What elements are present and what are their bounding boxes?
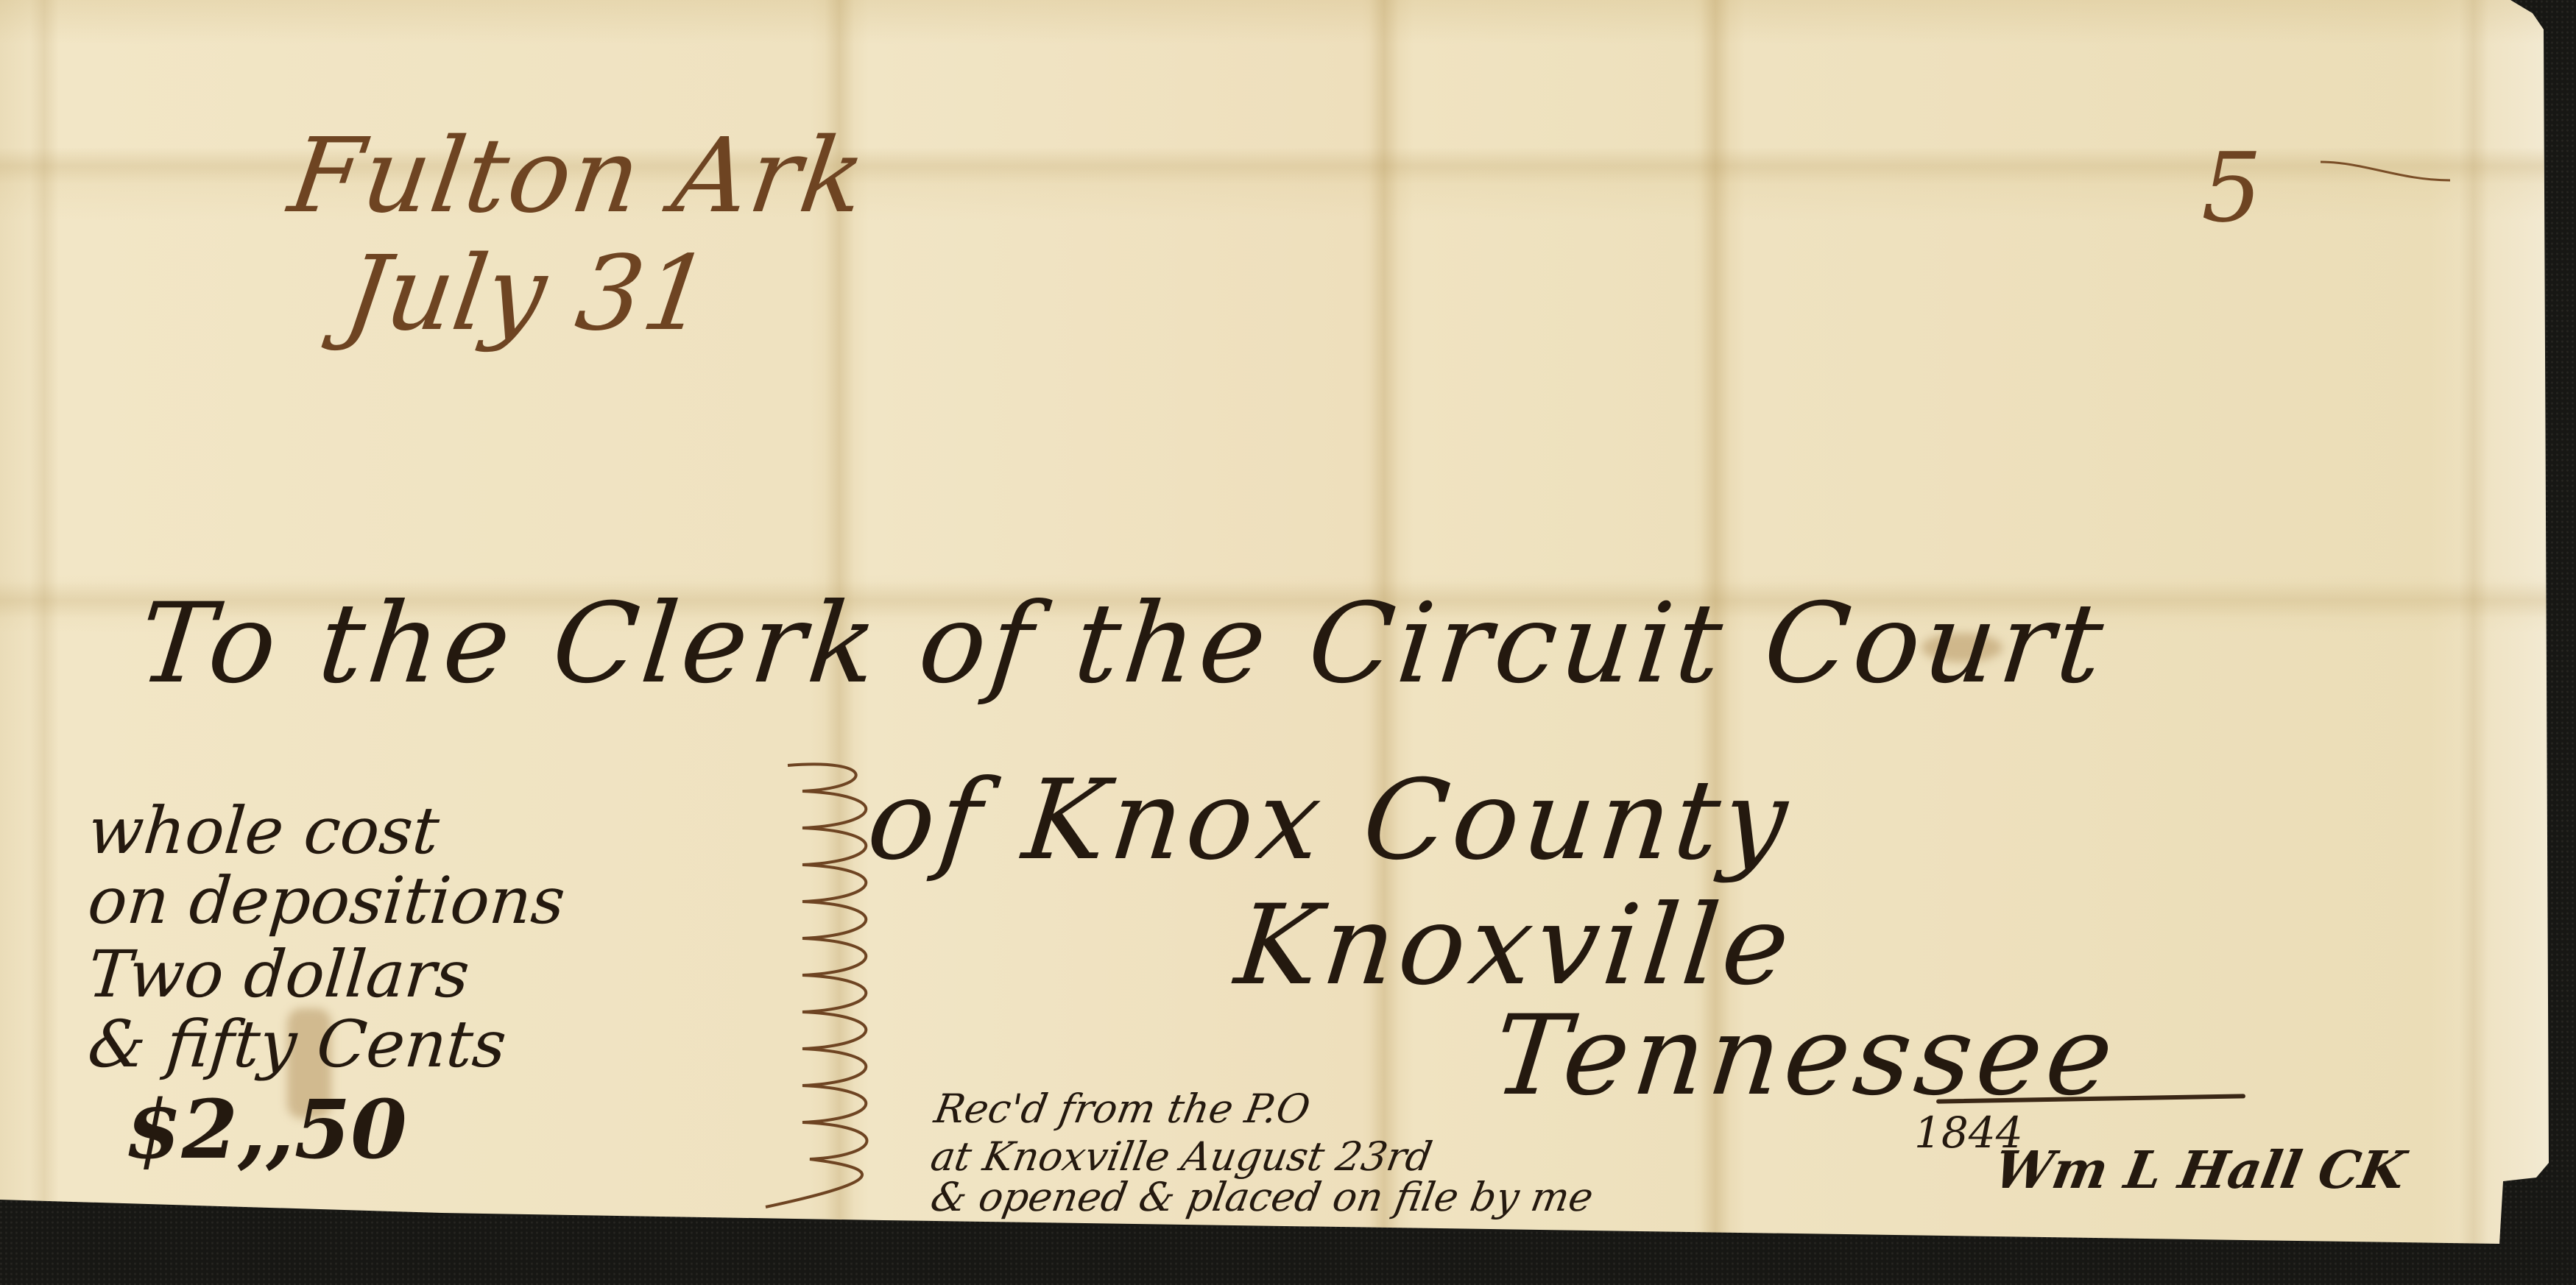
cost-note-line-2: on depositions [85,868,568,933]
received-note-line-3: & opened & placed on file by me [928,1178,1596,1217]
cost-note-line-3: Two dollars [85,942,472,1007]
flourish-icon [2319,158,2452,188]
clerk-signature: Wm L Hall CK [1991,1144,2410,1196]
received-note-line-2: at Knoxville August 23rd [928,1137,1435,1177]
cost-note-line-4: & fifty Cents [85,1012,509,1077]
received-note-line-1: Rec'd from the P.O [931,1089,1313,1129]
address-line-3: Knoxville [1231,891,1799,1001]
scroll-flourish-icon [758,758,906,1214]
postmark-date: July 31 [339,243,716,346]
fold-crease [29,0,59,1285]
fold-crease [2459,0,2488,1285]
address-line-4: Tennessee [1489,1001,2122,1111]
address-line-1: To the Clerk of the Circuit Court [134,589,2112,699]
rate-marking: 5 [2201,140,2262,236]
postmark-town: Fulton Ark [283,125,872,228]
address-line-2: of Knox County [863,765,1796,876]
cost-amount: $2,,50 [125,1089,407,1170]
cost-note-line-1: whole cost [85,799,442,863]
